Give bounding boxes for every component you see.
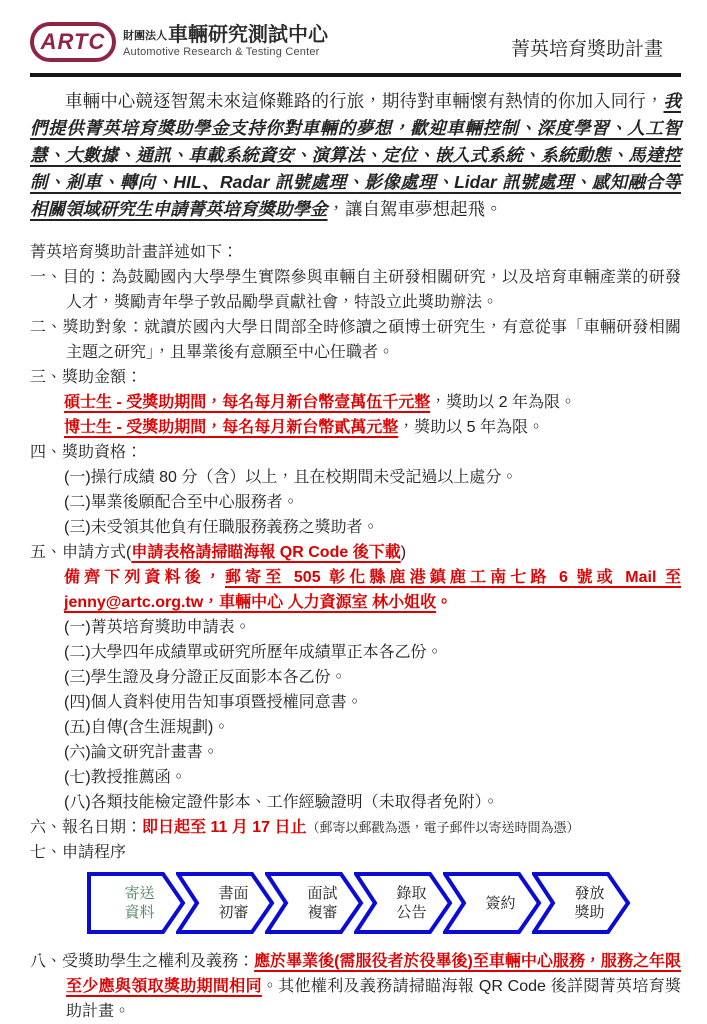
application-document-item: (一)菁英培育獎助申請表。	[30, 615, 681, 640]
section-5-title-close: )	[401, 544, 406, 561]
header-divider	[30, 73, 681, 77]
phd-grant-amount: 博士生 - 受獎助期間，每名每月新台幣貳萬元整	[64, 419, 398, 436]
section-5-number: 五、	[30, 544, 62, 561]
section-7-procedure-heading: 七、申請程序	[30, 840, 681, 865]
section-4-title: 獎助資格：	[62, 444, 142, 461]
page-title: 菁英培育獎助計畫	[511, 34, 681, 62]
section-1-purpose: 一、目的：為鼓勵國內大學學生實際參與車輛自主研發相關研究，以及培育車輛產業的研發…	[30, 265, 681, 315]
intro-paragraph: 車輛中心競逐智駕未來這條難路的行旅，期待對車輛懷有熱情的你加入同行，我們提供菁英…	[30, 88, 681, 223]
section-7-title: 申請程序	[62, 844, 126, 861]
artc-logo: ARTC 財團法人車輛研究測試中心 Automotive Research & …	[30, 22, 328, 62]
master-grant-amount: 碩士生 - 受獎助期間，每名每月新台幣壹萬伍千元整	[64, 394, 430, 411]
flow-step-admission-announcement: 錄取 公告	[354, 872, 454, 934]
section-2-text: 獎助對象：就讀於國內大學日間部全時修讀之碩博士研究生，有意從事「車輛研發相關主題…	[63, 319, 681, 361]
org-name-block: 財團法人車輛研究測試中心 Automotive Research & Testi…	[123, 25, 328, 59]
flow-step-document-review: 書面 初審	[176, 872, 276, 934]
document-page: ARTC 財團法人車輛研究測試中心 Automotive Research & …	[0, 0, 707, 1024]
eligibility-item: (二)畢業後願配合至中心服務者。	[30, 490, 681, 515]
master-grant-limit: ，獎助以 2 年為限。	[430, 394, 576, 411]
section-2-number: 二、	[30, 319, 63, 336]
section-4-eligibility-heading: 四、獎助資格：	[30, 440, 681, 465]
eligibility-item: (三)未受領其他負有任職服務義務之獎助者。	[30, 515, 681, 540]
section-8-lead: 受獎助學生之權利及義務：	[62, 953, 254, 970]
flow-step-label: 寄送 資料	[87, 872, 187, 934]
artc-logo-badge-icon: ARTC	[30, 22, 116, 62]
flow-step-label: 錄取 公告	[354, 872, 454, 934]
application-document-item: (二)大學四年成績單或研究所歷年成績單正本各乙份。	[30, 640, 681, 665]
section-6-number: 六、	[30, 819, 62, 836]
mailing-end: 。	[436, 594, 452, 611]
application-document-item: (六)論文研究計畫書。	[30, 740, 681, 765]
flow-step-grant-disbursement: 發放 獎助	[532, 872, 632, 934]
details-heading: 菁英培育獎助計畫詳述如下：	[30, 240, 681, 265]
qr-download-note: 申請表格請掃瞄海報 QR Code 後下載	[131, 544, 400, 561]
org-name-zh: 車輛研究測試中心	[168, 24, 328, 46]
application-document-item: (四)個人資料使用告知事項暨授權同意書。	[30, 690, 681, 715]
deadline-note: （郵寄以郵戳為憑，電子郵件以寄送時間為憑）	[307, 820, 580, 835]
flow-step-label: 書面 初審	[176, 872, 276, 934]
section-5-apply-heading: 五、申請方式(申請表格請掃瞄海報 QR Code 後下載)	[30, 540, 681, 565]
deadline-date: 即日起至 11 月 17 日止	[142, 819, 307, 836]
application-document-item: (七)教授推薦函。	[30, 765, 681, 790]
intro-tail: ，讓自駕車夢想起飛。	[328, 199, 503, 219]
master-grant-line: 碩士生 - 受獎助期間，每名每月新台幣壹萬伍千元整，獎助以 2 年為限。	[30, 390, 681, 415]
section-3-title: 獎助金額：	[62, 369, 142, 386]
intro-lead: 車輛中心競逐智駕未來這條難路的行旅，期待對車輛懷有熱情的你加入同行，	[65, 91, 664, 111]
flow-step-label: 發放 獎助	[532, 872, 632, 934]
section-7-number: 七、	[30, 844, 62, 861]
section-6-deadline: 六、報名日期：即日起至 11 月 17 日止（郵寄以郵戳為憑，電子郵件以寄送時間…	[30, 815, 681, 840]
flow-step-interview: 面試 複審	[265, 872, 365, 934]
section-2-target: 二、獎助對象：就讀於國內大學日間部全時修讀之碩博士研究生，有意從事「車輛研發相關…	[30, 315, 681, 365]
application-procedure-flowchart: 寄送 資料 書面 初審 面試 複審 錄取 公告 簽約 發放 獎助	[87, 872, 681, 934]
section-3-amount-heading: 三、獎助金額：	[30, 365, 681, 390]
section-1-text: 目的：為鼓勵國內大學學生實際參與車輛自主研發相關研究，以及培育車輛產業的研發人才…	[63, 269, 681, 311]
section-3-number: 三、	[30, 369, 62, 386]
mailing-instructions: 備齊下列資料後，郵寄至 505 彰化縣鹿港鎮鹿工南七路 6 號或 Mail 至 …	[30, 565, 681, 615]
section-5-title: 申請方式(	[62, 544, 131, 561]
org-name-en: Automotive Research & Testing Center	[123, 47, 328, 59]
phd-grant-line: 博士生 - 受獎助期間，每名每月新台幣貳萬元整，獎助以 5 年為限。	[30, 415, 681, 440]
flow-step-label: 簽約	[443, 872, 543, 934]
application-document-item: (三)學生證及身分證正反面影本各乙份。	[30, 665, 681, 690]
org-prefix: 財團法人	[123, 30, 167, 42]
application-document-item: (八)各類技能檢定證件影本、工作經驗證明（未取得者免附）。	[30, 790, 681, 815]
section-6-title: 報名日期：	[62, 819, 142, 836]
phd-grant-limit: ，獎助以 5 年為限。	[398, 419, 544, 436]
header: ARTC 財團法人車輛研究測試中心 Automotive Research & …	[30, 22, 681, 62]
org-name: 財團法人車輛研究測試中心	[123, 25, 328, 46]
artc-logo-acronym: ARTC	[41, 29, 106, 55]
section-8-rights-obligations: 八、受獎助學生之權利及義務：應於畢業後(需服役者於役畢後)至車輛中心服務，服務之…	[30, 949, 681, 1024]
section-1-number: 一、	[30, 269, 63, 286]
flow-step-sign-contract: 簽約	[443, 872, 543, 934]
section-8-number: 八、	[30, 953, 62, 970]
eligibility-item: (一)操行成績 80 分（含）以上，且在校期間未受記過以上處分。	[30, 465, 681, 490]
flow-step-label: 面試 複審	[265, 872, 365, 934]
section-4-number: 四、	[30, 444, 62, 461]
application-document-item: (五)自傳(含生涯規劃)。	[30, 715, 681, 740]
flow-step-send-documents: 寄送 資料	[87, 872, 187, 934]
mailing-lead: 備齊下列資料後，	[64, 569, 225, 586]
